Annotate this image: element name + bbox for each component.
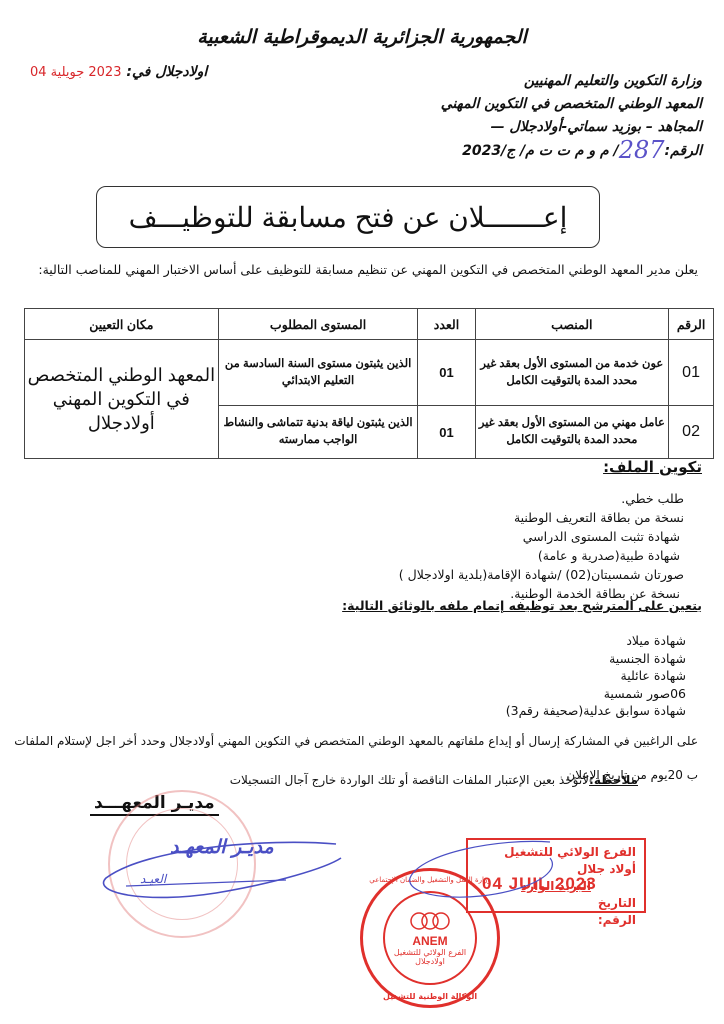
cell-position: عون خدمة من المستوى الأول بعقد غير محدد … bbox=[475, 340, 669, 406]
anem-logo-icon bbox=[407, 910, 453, 932]
col-place: مكان التعيين bbox=[25, 309, 219, 340]
list-item: شهادة طبية(صدرية و عامة) bbox=[284, 546, 684, 565]
list-item: طلب خطي. bbox=[284, 489, 684, 508]
table-row: 01 عون خدمة من المستوى الأول بعقد غير مح… bbox=[25, 340, 714, 406]
intro-paragraph: يعلن مدير المعهد الوطني المتخصص في التكو… bbox=[18, 256, 698, 283]
ink-oval-mark bbox=[400, 838, 560, 908]
note: ملاحظة:لاتؤخذ بعين الإعتبار الملفات النا… bbox=[230, 773, 638, 787]
cell-level: الذين يثبتون مستوى السنة السادسة من التع… bbox=[218, 340, 418, 406]
place-date: اولادجلال في: 2023 جويلية 04 bbox=[30, 64, 270, 80]
positions-table: الرقم المنصب العدد المستوى المطلوب مكان … bbox=[24, 308, 714, 459]
cell-number: 01 bbox=[669, 340, 714, 406]
list-item: شهادة سوابق عدلية(صحيفة رقم3) bbox=[286, 702, 686, 719]
note-text: لاتؤخذ بعين الإعتبار الملفات الناقصة أو … bbox=[230, 773, 589, 787]
cell-number: 02 bbox=[669, 406, 714, 459]
stamp-branch: الفرع الولائي للتشغيل bbox=[394, 948, 466, 957]
col-position: المنصب bbox=[475, 309, 669, 340]
list-item: صورتان شمسيتان(02) /شهادة الإقامة(بلدية … bbox=[284, 565, 684, 584]
republic-header: الجمهورية الجزائرية الديموقراطية الشعبية bbox=[0, 26, 724, 48]
ref-label: الرقم: bbox=[665, 143, 703, 159]
list-item: شهادة ميلاد bbox=[286, 632, 686, 649]
list-item: 06صور شمسية bbox=[286, 685, 686, 702]
list-item: شهادة عائلية bbox=[286, 667, 686, 684]
list-item: شهادة الجنسية bbox=[286, 650, 686, 667]
list-item: نسخة من بطاقة التعريف الوطنية bbox=[284, 508, 684, 527]
cell-count: 01 bbox=[418, 340, 475, 406]
stamp-city: اولادجلال bbox=[415, 957, 445, 966]
reference-number: الرقم:287/ م و م ت ت م/ ج/2023 bbox=[382, 139, 702, 163]
ministry-name: وزارة التكوين والتعليم المهنيين bbox=[382, 70, 702, 93]
cell-place: المعهد الوطني المتخصص في التكوين المهني … bbox=[25, 340, 219, 459]
col-count: العدد bbox=[418, 309, 475, 340]
list-item: شهادة تثبت المستوى الدراسي bbox=[284, 527, 684, 546]
col-number: الرقم bbox=[669, 309, 714, 340]
stamp-ring-bottom: الوكالة الوطنية للتشغيل bbox=[363, 992, 497, 1001]
col-level: المستوى المطلوب bbox=[218, 309, 418, 340]
date-stamp: 2023 جويلية 04 bbox=[30, 65, 121, 80]
ref-number-handwritten: 287 bbox=[619, 136, 665, 164]
file-section-heading: تكوين الملف: bbox=[603, 458, 702, 476]
post-hire-heading: يتعين على المترشح بعد توظيفه إتمام ملفه … bbox=[342, 598, 702, 613]
table-header-row: الرقم المنصب العدد المستوى المطلوب مكان … bbox=[25, 309, 714, 340]
cell-count: 01 bbox=[418, 406, 475, 459]
place-label: اولادجلال في: bbox=[126, 64, 207, 80]
cell-level: الذين يثبتون لياقة بدنية تتماشى والنشاط … bbox=[218, 406, 418, 459]
signature-handwritten-name: العيـد bbox=[140, 872, 166, 886]
stamp-number-label: الرقم: bbox=[476, 912, 636, 929]
stamp-acronym: ANEM bbox=[412, 934, 447, 948]
post-hire-documents-list: شهادة ميلاد شهادة الجنسية شهادة عائلية 0… bbox=[286, 632, 686, 720]
ref-suffix: / م و م ت ت م/ ج/2023 bbox=[462, 143, 619, 159]
cell-position: عامل مهني من المستوى الأول بعقد غير محدد… bbox=[475, 406, 669, 459]
required-documents-list: طلب خطي. نسخة من بطاقة التعريف الوطنية ش… bbox=[284, 489, 684, 603]
signature-handwritten-title: مديـر المعهـد bbox=[170, 836, 274, 858]
issuer-block: وزارة التكوين والتعليم المهنيين المعهد ا… bbox=[382, 70, 702, 163]
institute-name: المعهد الوطني المتخصص في التكوين المهني bbox=[382, 93, 702, 116]
note-label: ملاحظة: bbox=[589, 773, 638, 787]
announcement-title: إعـــــــلان عن فتح مسابقة للتوظيـــف bbox=[96, 186, 600, 248]
